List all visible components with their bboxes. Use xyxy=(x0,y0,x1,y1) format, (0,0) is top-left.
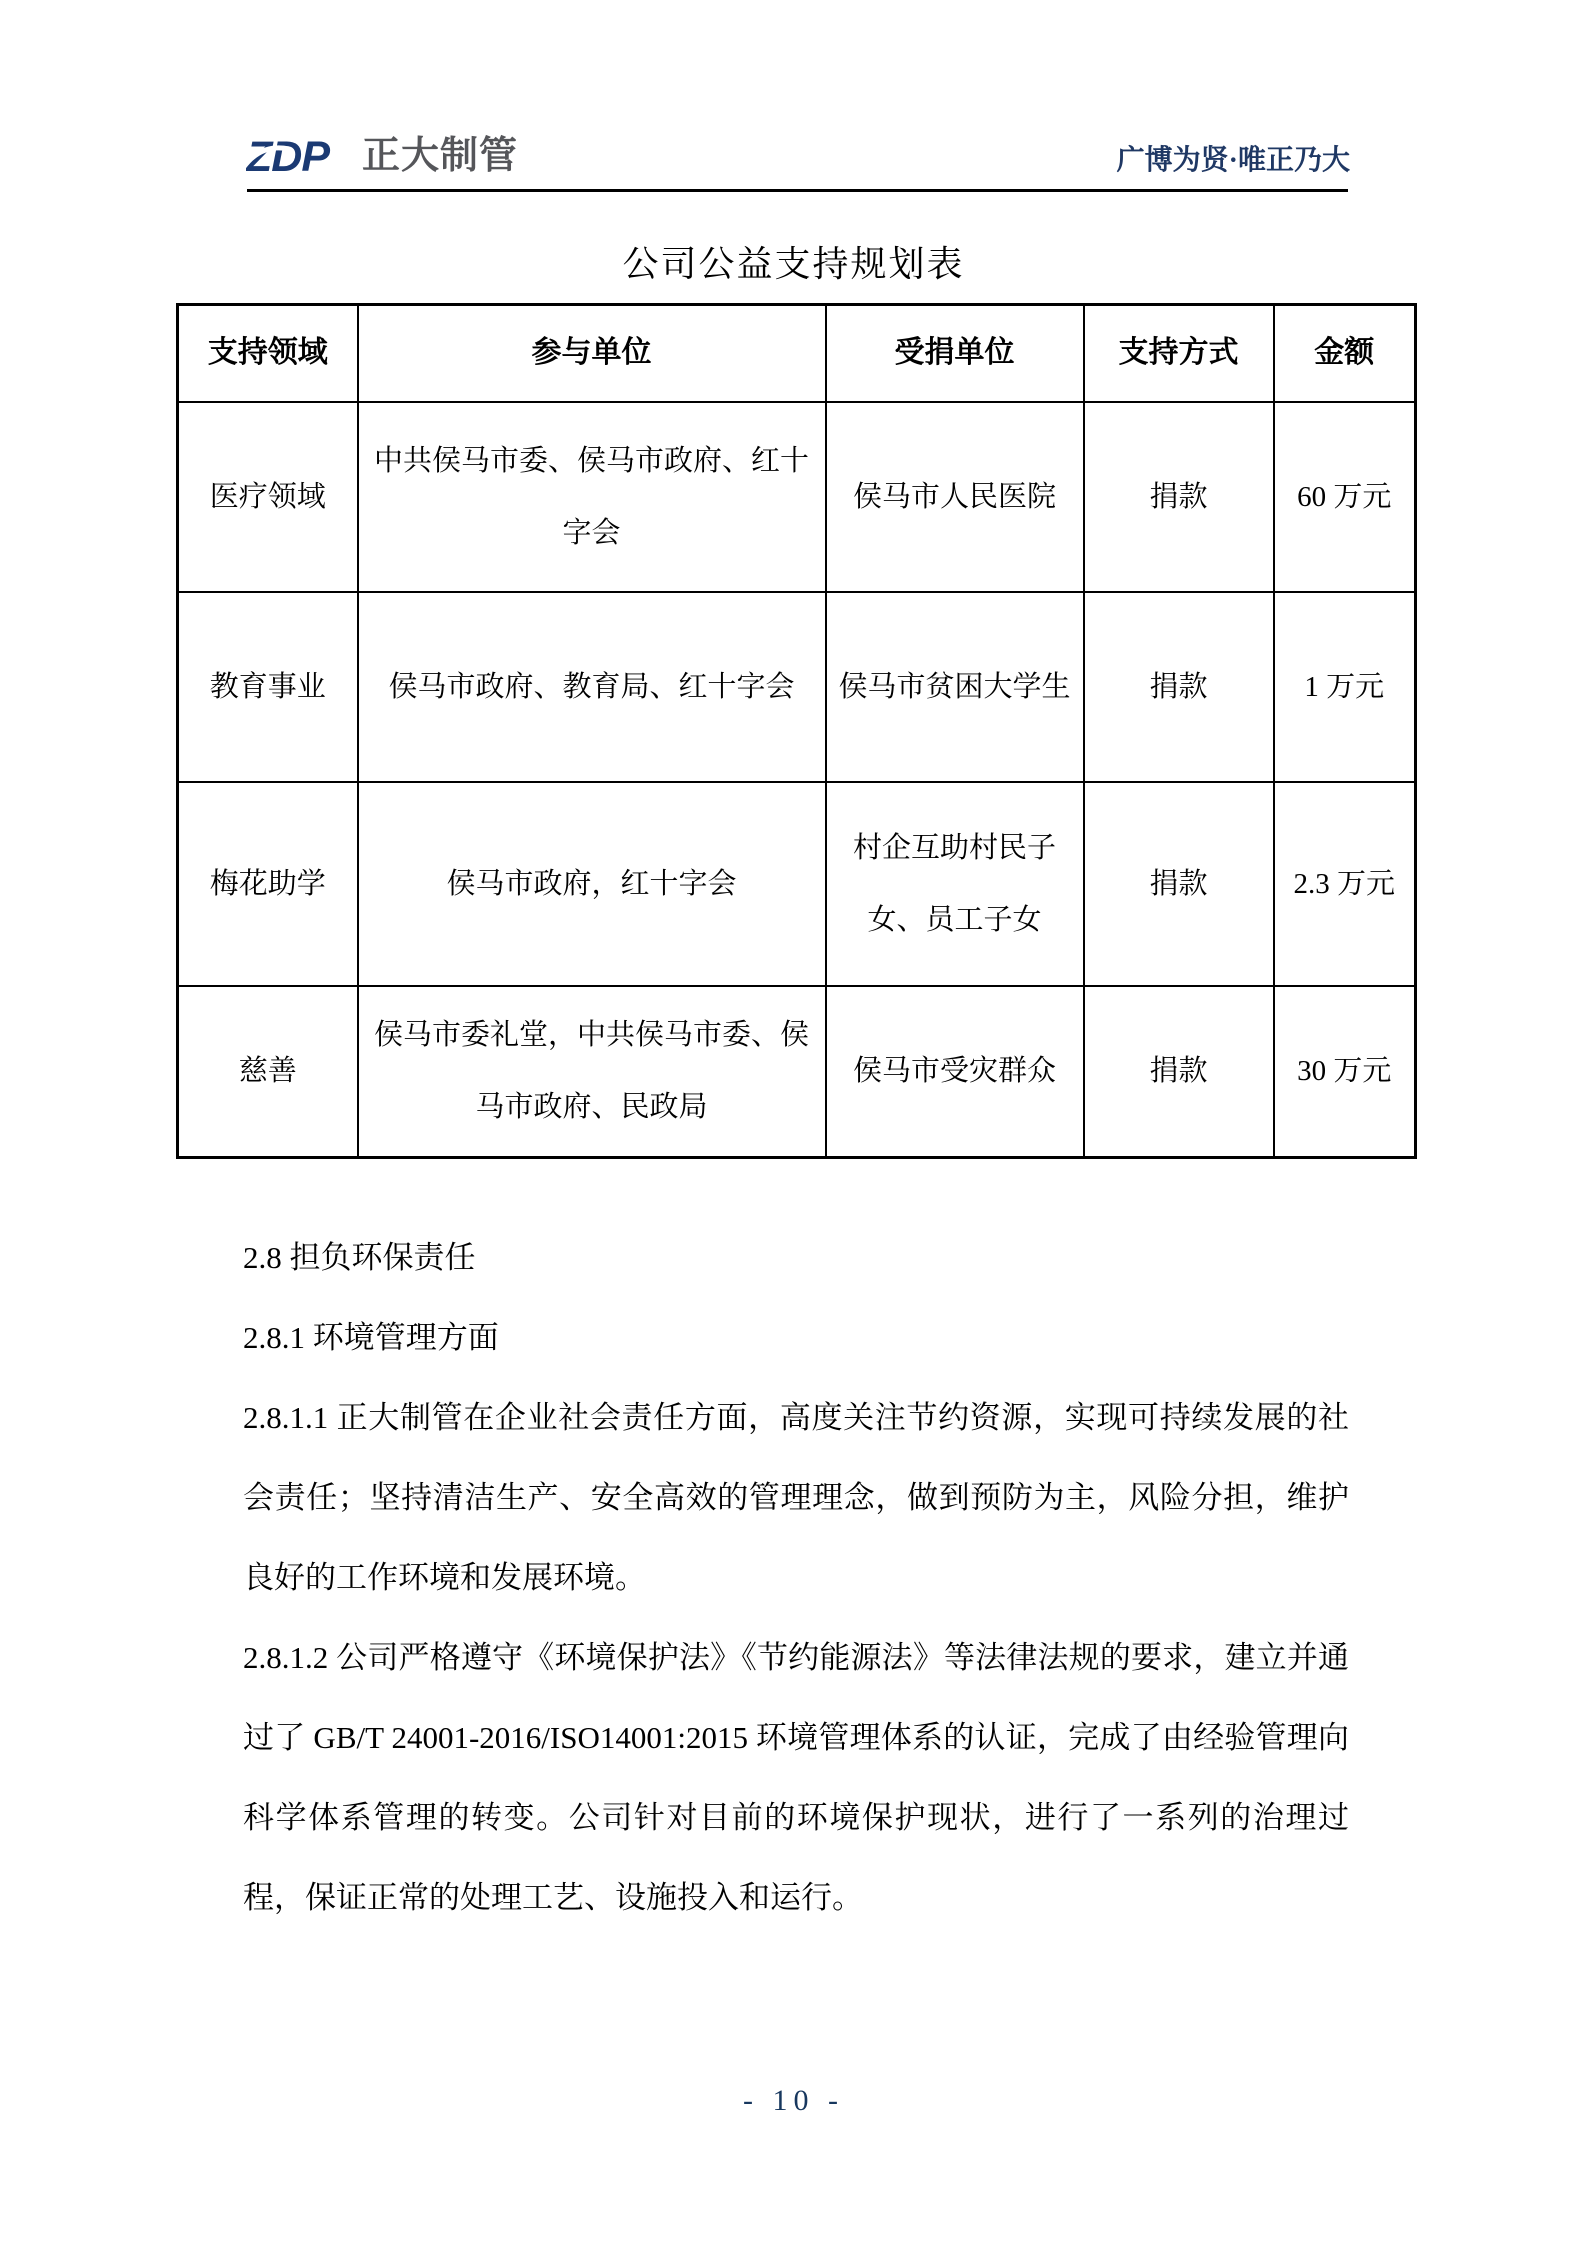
welfare-support-table: 支持领域 参与单位 受捐单位 支持方式 金额 医疗领域 中共侯马市委、侯马市政府… xyxy=(176,303,1417,1159)
section-paragraph: 2.8.1.1 正大制管在企业社会责任方面，高度关注节约资源，实现可持续发展的社… xyxy=(243,1378,1349,1618)
section-paragraph: 2.8.1.2 公司严格遵守《环境保护法》《节约能源法》等法律法规的要求，建立并… xyxy=(243,1618,1349,1938)
support-field-cell: 梅花助学 xyxy=(178,782,358,986)
support-field-cell: 医疗领域 xyxy=(178,402,358,592)
table-row: 梅花助学 侯马市政府，红十字会 村企互助村民子女、员工子女 捐款 2.3 万元 xyxy=(178,782,1416,986)
table-row: 医疗领域 中共侯马市委、侯马市政府、红十字会 侯马市人民医院 捐款 60 万元 xyxy=(178,402,1416,592)
method-cell: 捐款 xyxy=(1084,986,1274,1158)
section-heading: 2.8 担负环保责任 xyxy=(243,1218,1349,1298)
table-row: 慈善 侯马市委礼堂，中共侯马市委、侯马市政府、民政局 侯马市受灾群众 捐款 30… xyxy=(178,986,1416,1158)
support-field-cell: 教育事业 xyxy=(178,592,358,782)
recipient-cell: 村企互助村民子女、员工子女 xyxy=(826,782,1084,986)
col-header-method: 支持方式 xyxy=(1084,305,1274,402)
amount-cell: 30 万元 xyxy=(1274,986,1416,1158)
header-slogan: 广博为贤·唯正乃大 xyxy=(1085,138,1350,178)
table-row: 教育事业 侯马市政府、教育局、红十字会 侯马市贫困大学生 捐款 1 万元 xyxy=(178,592,1416,782)
col-header-amount: 金额 xyxy=(1274,305,1416,402)
amount-cell: 1 万元 xyxy=(1274,592,1416,782)
col-header-recipient: 受捐单位 xyxy=(826,305,1084,402)
recipient-cell: 侯马市贫困大学生 xyxy=(826,592,1084,782)
participants-cell: 侯马市政府、教育局、红十字会 xyxy=(358,592,826,782)
support-field-cell: 慈善 xyxy=(178,986,358,1158)
page-number: - 10 - xyxy=(0,2084,1587,2118)
amount-cell: 2.3 万元 xyxy=(1274,782,1416,986)
method-cell: 捐款 xyxy=(1084,782,1274,986)
logo-wordmark: 正大制管 xyxy=(362,137,518,175)
company-logo: ZDP 正大制管 xyxy=(246,132,518,180)
amount-cell: 60 万元 xyxy=(1274,402,1416,592)
body-text-block: 2.8 担负环保责任 2.8.1 环境管理方面 2.8.1.1 正大制管在企业社… xyxy=(243,1218,1349,1938)
method-cell: 捐款 xyxy=(1084,402,1274,592)
col-header-support-field: 支持领域 xyxy=(178,305,358,402)
table-header-row: 支持领域 参与单位 受捐单位 支持方式 金额 xyxy=(178,305,1416,402)
method-cell: 捐款 xyxy=(1084,592,1274,782)
col-header-participants: 参与单位 xyxy=(358,305,826,402)
participants-cell: 中共侯马市委、侯马市政府、红十字会 xyxy=(358,402,826,592)
recipient-cell: 侯马市受灾群众 xyxy=(826,986,1084,1158)
page-title: 公司公益支持规划表 xyxy=(0,236,1587,287)
header-rule-divider xyxy=(247,189,1348,192)
participants-cell: 侯马市委礼堂，中共侯马市委、侯马市政府、民政局 xyxy=(358,986,826,1158)
zdp-logo-icon: ZDP xyxy=(246,133,350,179)
participants-cell: 侯马市政府，红十字会 xyxy=(358,782,826,986)
document-page: ZDP 正大制管 广博为贤·唯正乃大 公司公益支持规划表 支持领域 参与单位 受… xyxy=(0,0,1587,2245)
section-heading: 2.8.1 环境管理方面 xyxy=(243,1298,1349,1378)
recipient-cell: 侯马市人民医院 xyxy=(826,402,1084,592)
